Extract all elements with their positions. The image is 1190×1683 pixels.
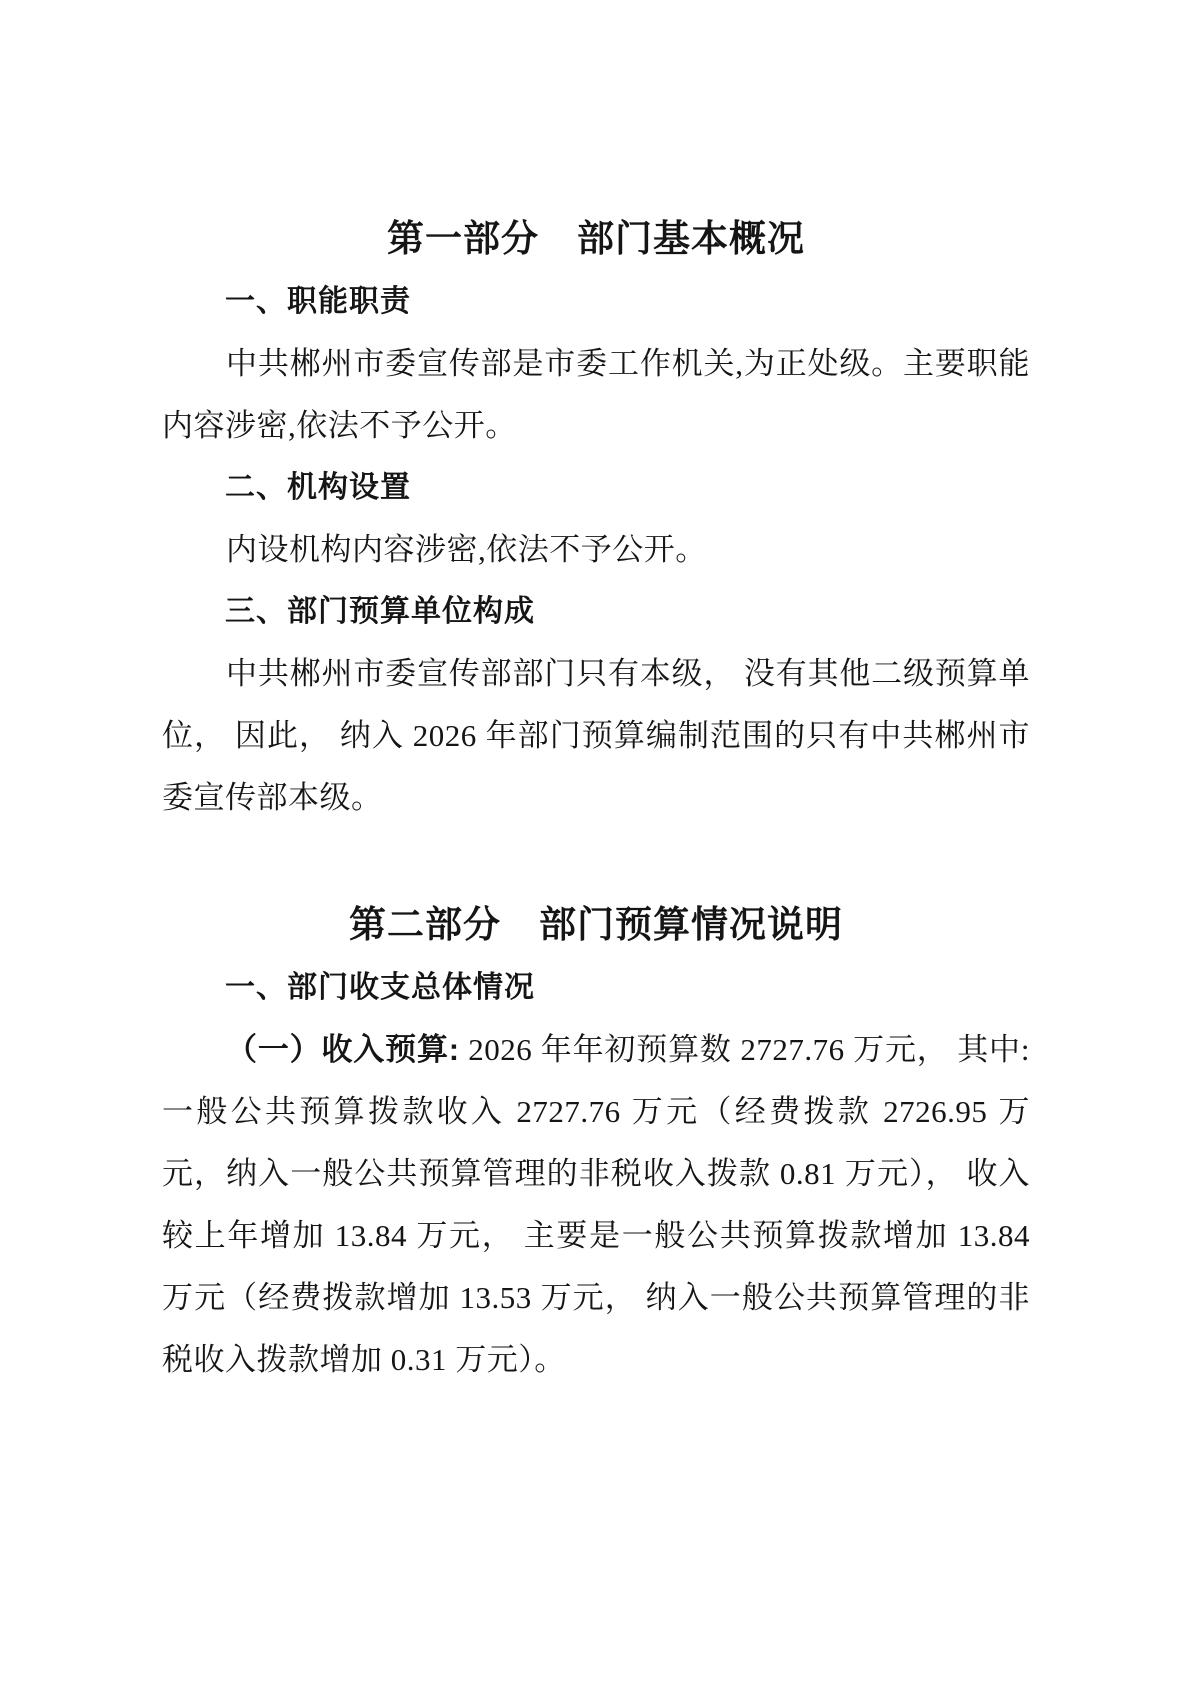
part-2-title: 第二部分 部门预算情况说明 [162,895,1030,957]
heading-revenue-expenditure-overview: 一、部门收支总体情况 [162,957,1030,1019]
heading-organization: 二、机构设置 [162,457,1030,519]
document-page: 第一部分 部门基本概况 一、职能职责 中共郴州市委宣传部是市委工作机关,为正处级… [0,0,1190,1683]
heading-budget-units: 三、部门预算单位构成 [162,581,1030,643]
income-budget-text: 2026 年年初预算数 2727.76 万元， 其中: 一般公共预算拨款收入 2… [162,1032,1030,1377]
income-budget-label: （一）收入预算: [226,1032,460,1067]
paragraph-income-budget: （一）收入预算: 2026 年年初预算数 2727.76 万元， 其中: 一般公… [162,1019,1030,1391]
part-1-title: 第一部分 部门基本概况 [162,209,1030,271]
paragraph-budget-units: 中共郴州市委宣传部部门只有本级， 没有其他二级预算单位， 因此， 纳入 2026… [162,643,1030,829]
paragraph-organization: 内设机构内容涉密,依法不予公开。 [162,519,1030,581]
paragraph-duties: 中共郴州市委宣传部是市委工作机关,为正处级。主要职能内容涉密,依法不予公开。 [162,333,1030,457]
heading-duties: 一、职能职责 [162,271,1030,333]
